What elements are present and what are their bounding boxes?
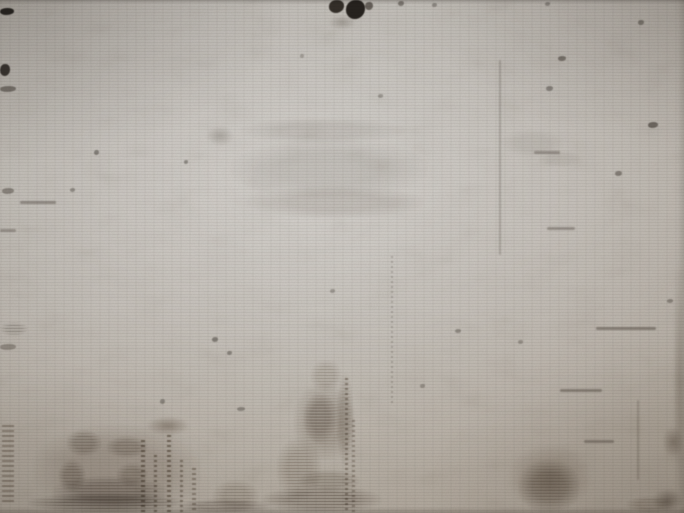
film-frame-background: [0, 0, 684, 513]
degraded-film-frame: [0, 0, 684, 513]
